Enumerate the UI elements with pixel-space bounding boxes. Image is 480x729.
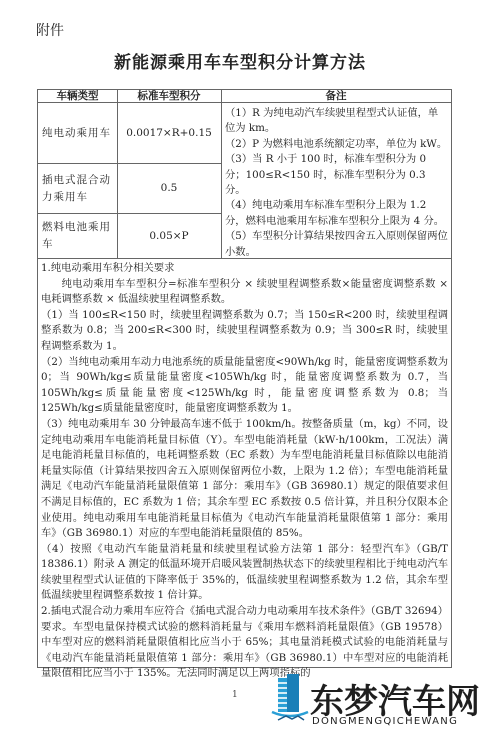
- col-header-vehicle-type: 车辆类型: [38, 90, 117, 103]
- section-1-formula: 纯电动乘用车车型积分=标准车型积分 × 续驶里程调整系数×能量密度调整系数 × …: [41, 277, 448, 308]
- notes-cell: （1）R 为纯电动汽车续驶里程型式认证值，单位为 km。 （2）P 为燃料电池系…: [222, 104, 451, 262]
- watermark-en-text: DONGMENGQICHEWANG: [312, 716, 458, 727]
- col-header-standard-score: 标准车型积分: [117, 90, 221, 103]
- score-table: 车辆类型 标准车型积分 备注 纯电动乘用车 0.0017×R+0.15 插电式混…: [37, 89, 452, 668]
- note-3: （3）当 R 小于 100 时，标准车型积分为 0 分；100≤R<150 时，…: [225, 152, 448, 198]
- col-header-notes: 备注: [221, 90, 451, 103]
- note-2: （2）P 为燃料电池系统额定功率，单位为 kW。: [225, 137, 448, 152]
- section-1-item-2: （2）当纯电动乘用车动力电池系统的质量能量密度<90Wh/kg 时，能量密度调整…: [41, 355, 448, 417]
- building-handshake-logo-icon: [268, 672, 312, 726]
- note-4: （4）纯电动乘用车标准车型积分上限为 1.2 分，燃料电池乘用车标准车型积分上限…: [225, 198, 448, 229]
- watermark: 东梦汽车网 DONGMENGQICHEWANG: [268, 672, 480, 727]
- row-score-fcev: 0.05×P: [117, 214, 221, 258]
- section-1-item-1: （1）当 100≤R<150 时，续驶里程调整系数为 0.7；当 150≤R<2…: [41, 308, 448, 355]
- section-2: 2.插电式混合动力乘用车应符合《插电式混合动力电动乘用车技术条件》（GB/T 3…: [41, 604, 448, 682]
- attachment-label: 附件: [36, 20, 64, 40]
- note-5: （5）车型积分计算结果按四舍五入原则保留两位小数。: [225, 229, 448, 260]
- row-score-bev: 0.0017×R+0.15: [117, 103, 221, 163]
- row-score-phev: 0.5: [117, 164, 221, 213]
- row-type-fcev: 燃料电池乘用车: [38, 214, 117, 258]
- page-number: 1: [232, 690, 238, 700]
- row-type-phev: 插电式混合动力乘用车: [38, 164, 117, 213]
- row-type-bev: 纯电动乘用车: [38, 103, 117, 163]
- section-1-item-3: （3）纯电动乘用车 30 分钟最高车速不低于 100km/h。按整备质量（m，k…: [41, 417, 448, 542]
- section-1-item-4: （4）按照《电动汽车能量消耗量和续驶里程试验方法第 1 部分：轻型汽车》（GB/…: [41, 542, 448, 604]
- note-1: （1）R 为纯电动汽车续驶里程型式认证值，单位为 km。: [225, 106, 448, 137]
- section-1-heading: 1.纯电动乘用车积分相关要求: [41, 261, 448, 277]
- page-title: 新能源乘用车车型积分计算方法: [0, 48, 480, 73]
- requirements-text: 1.纯电动乘用车积分相关要求 纯电动乘用车车型积分=标准车型积分 × 续驶里程调…: [38, 259, 451, 684]
